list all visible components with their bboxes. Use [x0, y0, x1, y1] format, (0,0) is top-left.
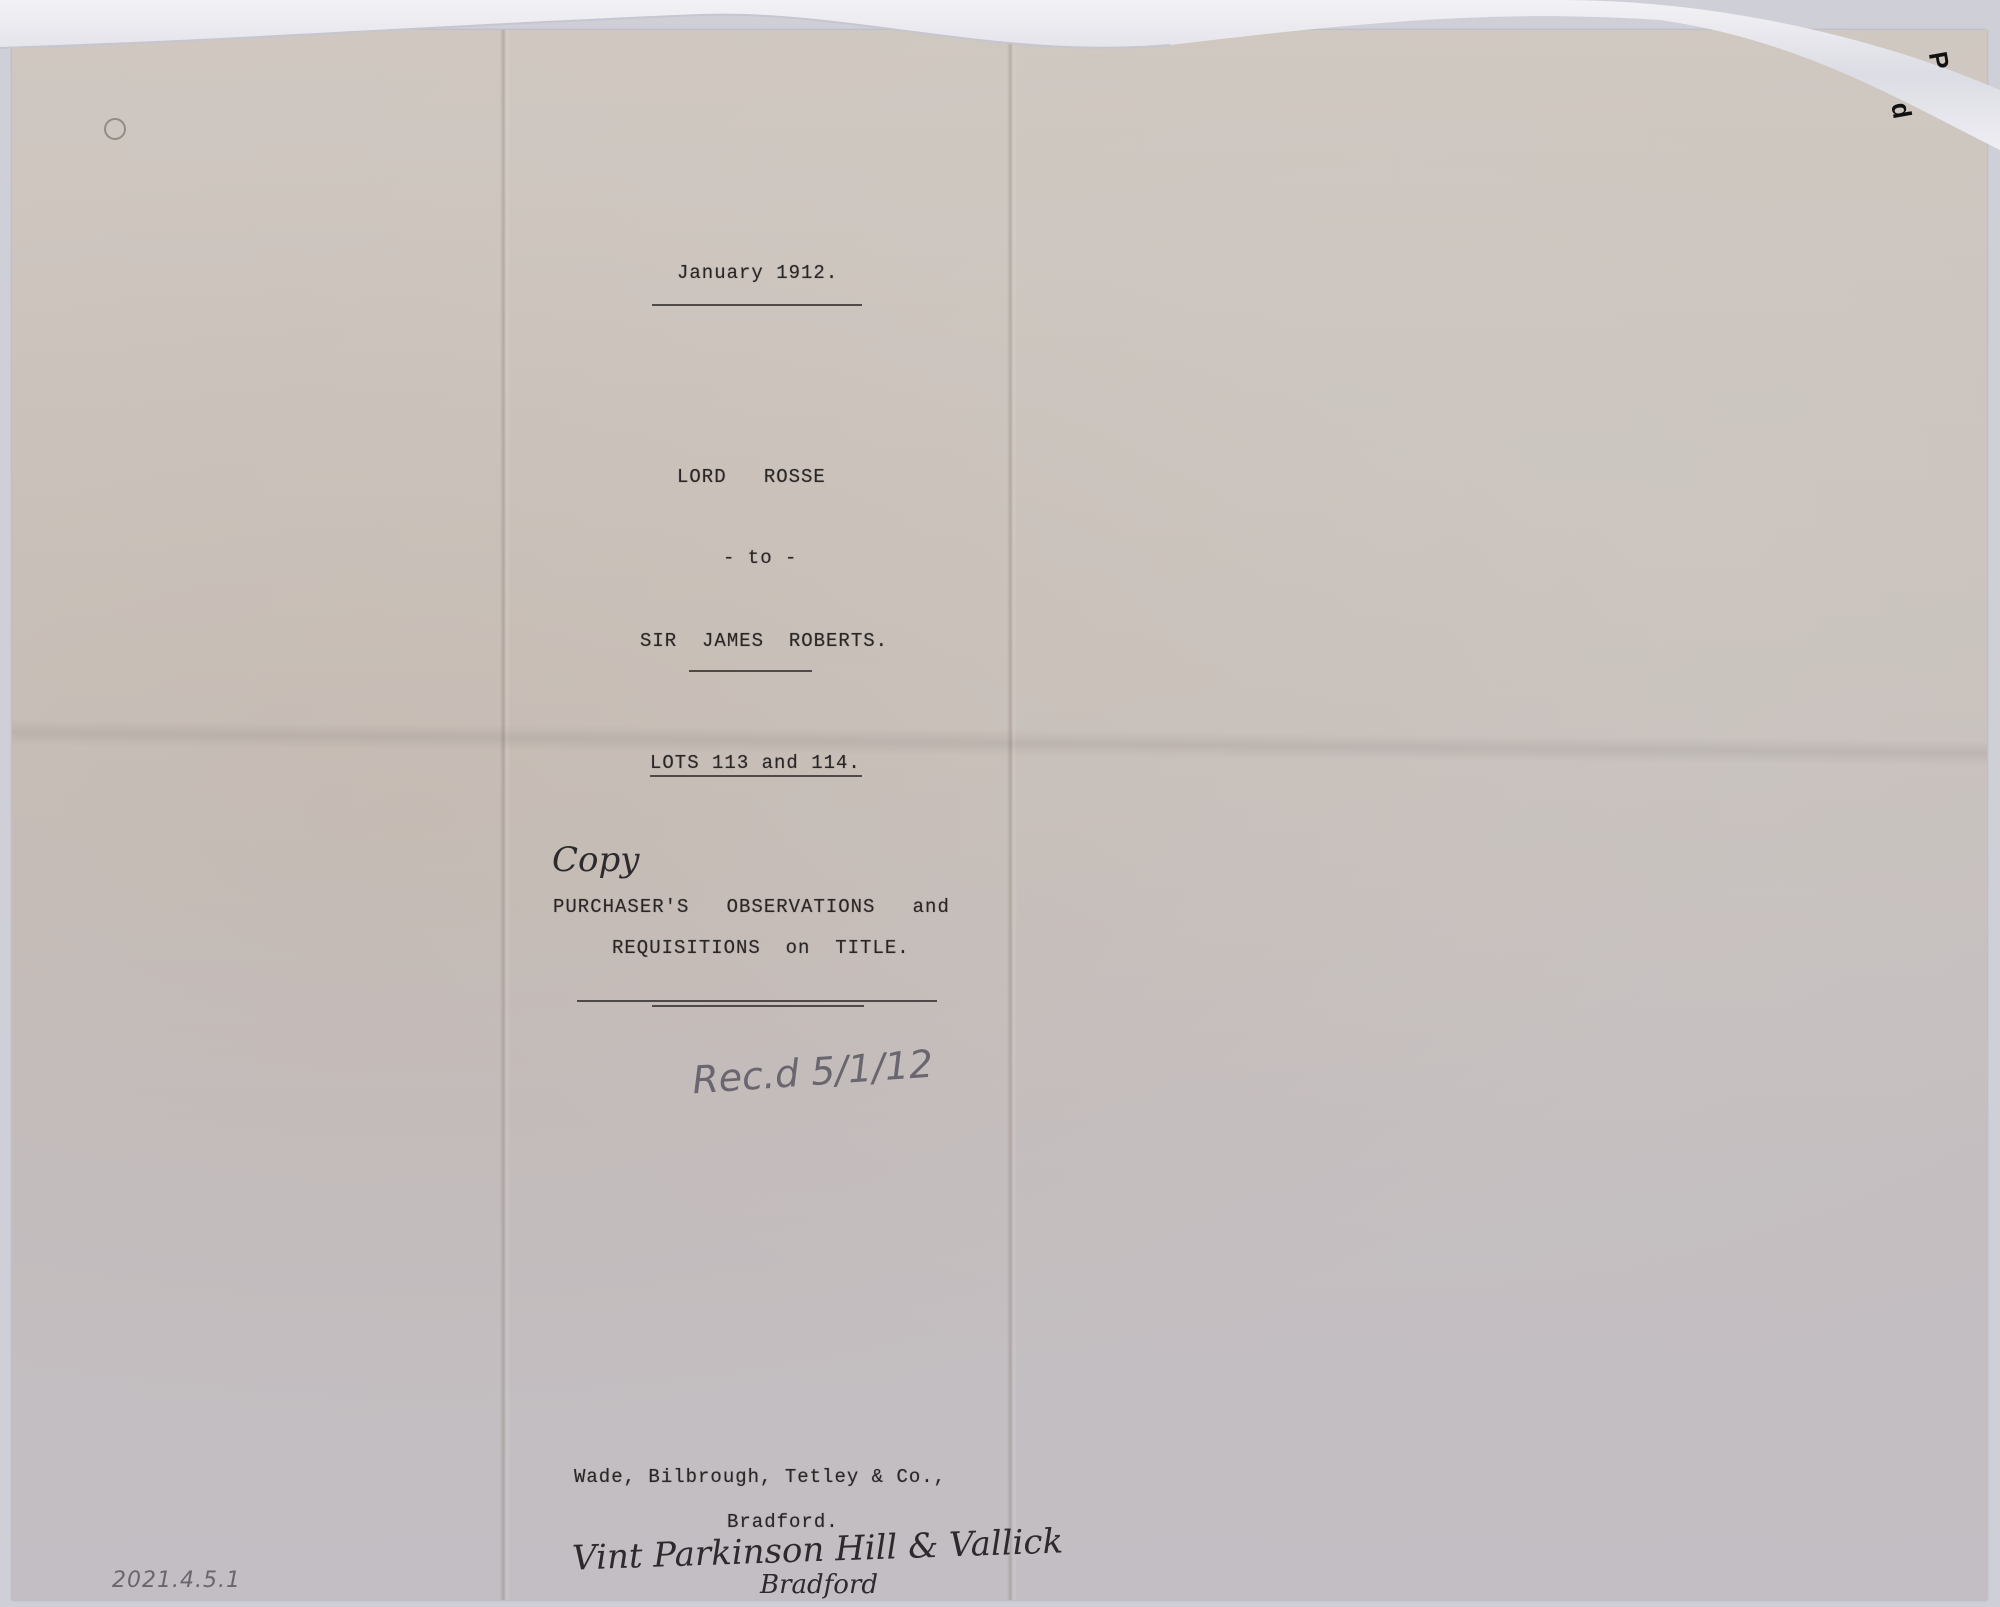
fold-crease-horizontal	[12, 720, 1987, 767]
date-underline	[652, 304, 862, 306]
party-from: LORD ROSSE	[677, 466, 826, 488]
document-date: January 1912.	[677, 262, 838, 284]
accession-number: 2021.4.5.1	[112, 1568, 241, 1593]
fold-crease-center	[1007, 30, 1017, 1600]
title-line-1: PURCHASER'S OBSERVATIONS and	[553, 896, 950, 918]
copy-annotation: Copy	[552, 840, 639, 880]
handwritten-location: Bradford	[760, 1570, 878, 1600]
title-rule-short	[652, 1005, 864, 1007]
party-underline	[689, 670, 812, 672]
received-annotation: Rec.d 5/1/12	[691, 1042, 935, 1103]
firm-name: Wade, Bilbrough, Tetley & Co.,	[574, 1466, 946, 1488]
title-line-2: REQUISITIONS on TITLE.	[612, 937, 910, 959]
title-rule-long	[577, 1000, 937, 1002]
fold-crease-left	[500, 30, 510, 1600]
lots-heading: LOTS 113 and 114.	[650, 752, 861, 774]
lots-underline	[650, 775, 862, 777]
party-to: SIR JAMES ROBERTS.	[640, 630, 888, 652]
connector-text: - to -	[723, 547, 797, 569]
document-page: January 1912. LORD ROSSE - to - SIR JAME…	[12, 30, 1987, 1600]
paper-stain	[104, 118, 126, 140]
